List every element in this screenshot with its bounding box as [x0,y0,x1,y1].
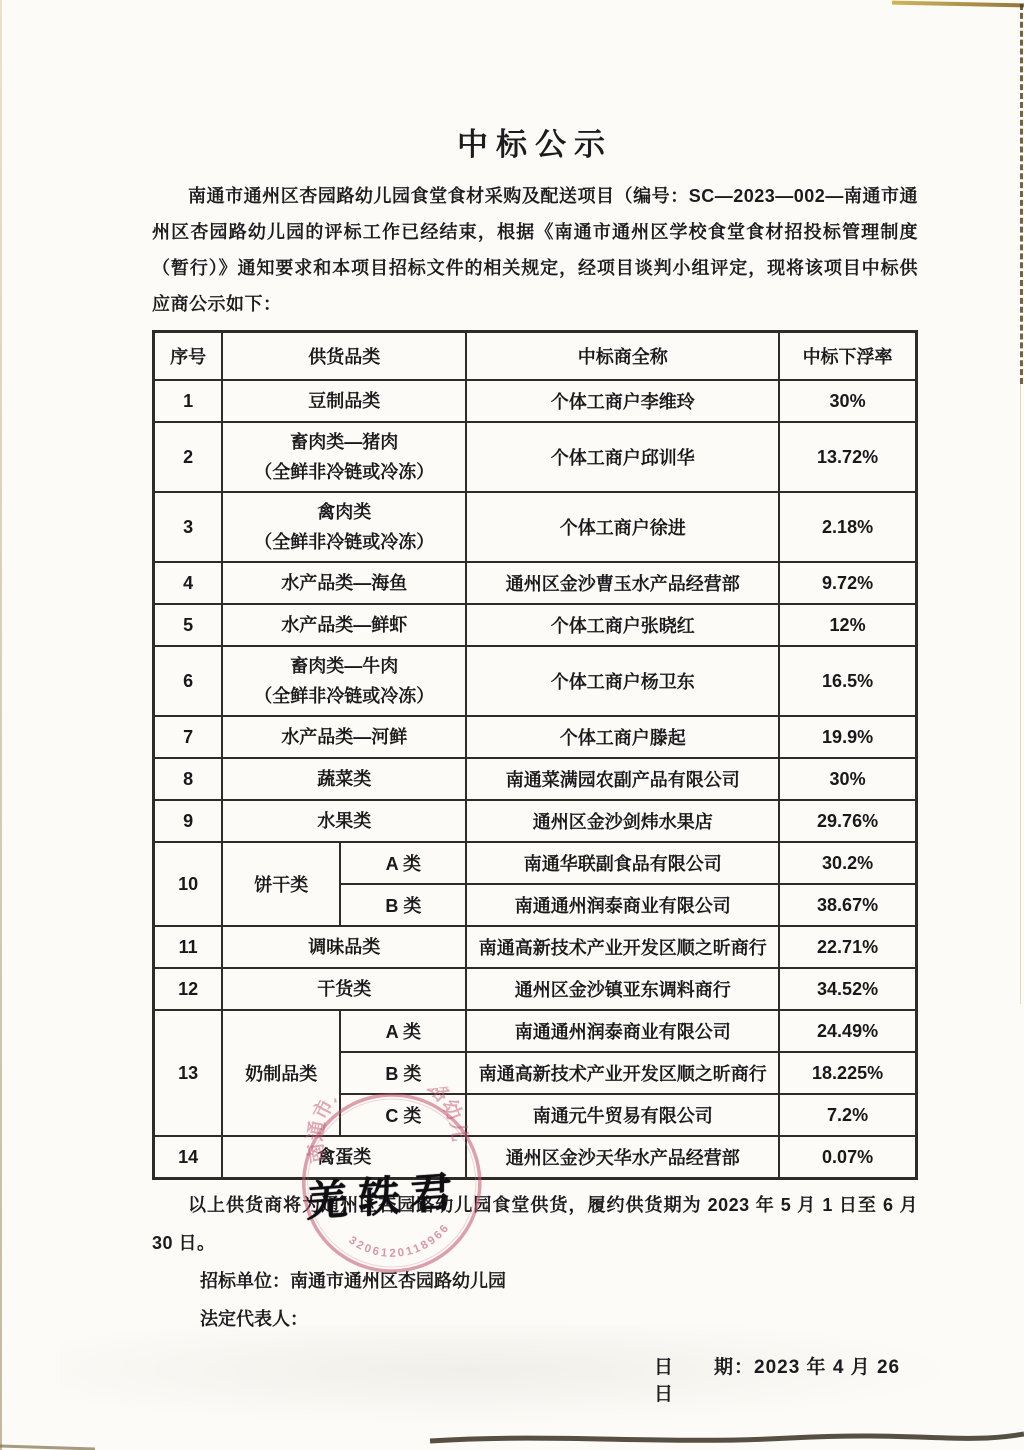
cell-subcategory: B 类 [340,884,466,926]
cell-rate: 19.9% [779,716,916,758]
cell-bidder: 个体工商户李维玲 [466,380,779,422]
cell-bidder: 个体工商户杨卫东 [466,646,779,716]
cell-bidder: 南通通州润泰商业有限公司 [466,884,779,926]
cell-no: 1 [154,380,223,422]
cell-category: 水产品类—鲜虾 [222,604,466,646]
cell-rate: 38.67% [779,884,916,926]
cell-bidder: 南通高新技术产业开发区顺之昕商行 [466,1052,779,1094]
cell-bidder: 个体工商户邱训华 [466,422,779,492]
cell-rate: 16.5% [779,646,916,716]
cell-bidder: 南通通州润泰商业有限公司 [466,1010,779,1052]
cell-bidder: 通州区金沙曹玉水产品经营部 [466,562,779,604]
cell-subcategory: A 类 [340,842,466,884]
cell-category: 调味品类 [222,926,466,968]
cell-category: 畜肉类—牛肉 （全鲜非冷链或冷冻） [222,646,466,716]
award-table: 序号 供货品类 中标商全称 中标下浮率 1 豆制品类 个体工商户李维玲 30% … [152,330,918,1180]
cell-bidder: 个体工商户滕起 [466,716,779,758]
scan-edge-bottom [0,1425,1024,1450]
table-row: 13 奶制品类 A 类 南通通州润泰商业有限公司 24.49% [154,1010,917,1052]
cell-rate: 34.52% [779,968,916,1010]
cell-rate: 12% [779,604,916,646]
table-row: 10 饼干类 A 类 南通华联副食品有限公司 30.2% [154,842,917,884]
tender-unit-line: 招标单位：南通市通州区杏园路幼儿园 [152,1262,918,1300]
cell-no: 14 [154,1136,223,1179]
table-row: 9 水果类 通州区金沙剑炜水果店 29.76% [154,800,917,842]
cell-category: 水产品类—河鲜 [222,716,466,758]
col-header-rate: 中标下浮率 [779,332,916,381]
cell-category: 畜肉类—猪肉 （全鲜非冷链或冷冻） [222,422,466,492]
cell-category: 蔬菜类 [222,758,466,800]
cell-subcategory: A 类 [340,1010,466,1052]
table-header-row: 序号 供货品类 中标商全称 中标下浮率 [154,332,917,381]
cell-category: 干货类 [222,968,466,1010]
cell-subcategory: B 类 [340,1052,466,1094]
col-header-category: 供货品类 [222,332,466,381]
scan-edge-left [0,0,2,1450]
table-row: 8 蔬菜类 南通菜满园农副产品有限公司 30% [154,758,917,800]
cell-no: 13 [154,1010,223,1136]
cell-subcategory: C 类 [340,1094,466,1136]
cell-rate: 29.76% [779,800,916,842]
table-row: 14 禽蛋类 通州区金沙天华水产品经营部 0.07% [154,1136,917,1179]
cell-rate: 2.18% [779,492,916,562]
cell-category: 奶制品类 [222,1010,340,1136]
cell-rate: 22.71% [779,926,916,968]
cell-category: 禽肉类 （全鲜非冷链或冷冻） [222,492,466,562]
cell-no: 2 [154,422,223,492]
table-row: 11 调味品类 南通高新技术产业开发区顺之昕商行 22.71% [154,926,917,968]
cell-no: 10 [154,842,223,926]
cell-no: 3 [154,492,223,562]
cell-bidder: 通州区金沙剑炜水果店 [466,800,779,842]
cell-no: 4 [154,562,223,604]
cell-category: 水果类 [222,800,466,842]
cell-rate: 24.49% [779,1010,916,1052]
cell-rate: 7.2% [779,1094,916,1136]
cell-rate: 0.07% [779,1136,916,1179]
cell-category: 豆制品类 [222,380,466,422]
cell-category: 饼干类 [222,842,340,926]
legal-rep-signature: 羌轶君 [306,1158,462,1229]
col-header-bidder: 中标商全称 [466,332,779,381]
legal-rep-line: 法定代表人： [152,1300,918,1338]
cell-category: 水产品类—海鱼 [222,562,466,604]
cell-bidder: 个体工商户张晓红 [466,604,779,646]
document-page: 中标公示 南通市通州区杏园路幼儿园食堂食材采购及配送项目（编号：SC—2023—… [152,0,918,1406]
intro-paragraph: 南通市通州区杏园路幼儿园食堂食材采购及配送项目（编号：SC—2023—002—南… [152,178,918,322]
scan-edge-right [1020,4,1023,384]
cell-no: 12 [154,968,223,1010]
cell-bidder: 通州区金沙镇亚东调料商行 [466,968,779,1010]
table-row: 7 水产品类—河鲜 个体工商户滕起 19.9% [154,716,917,758]
cell-no: 9 [154,800,223,842]
scan-edge-right-faint [1020,384,1021,1004]
table-row: 12 干货类 通州区金沙镇亚东调料商行 34.52% [154,968,917,1010]
page-title: 中标公示 [152,124,918,166]
cell-rate: 30.2% [779,842,916,884]
date-line: 日 期：2023 年 4 月 26 日 [654,1352,918,1406]
cell-bidder: 南通菜满园农副产品有限公司 [466,758,779,800]
cell-rate: 9.72% [779,562,916,604]
cell-bidder: 个体工商户徐进 [466,492,779,562]
cell-rate: 30% [779,380,916,422]
cell-no: 5 [154,604,223,646]
cell-no: 7 [154,716,223,758]
cell-rate: 30% [779,758,916,800]
table-row: 4 水产品类—海鱼 通州区金沙曹玉水产品经营部 9.72% [154,562,917,604]
cell-rate: 18.225% [779,1052,916,1094]
cell-no: 11 [154,926,223,968]
closing-paragraph: 以上供货商将为通州区杏园路幼儿园食堂供货，履约供货期为 2023 年 5 月 1… [152,1186,918,1262]
cell-bidder: 通州区金沙天华水产品经营部 [466,1136,779,1179]
table-row: 1 豆制品类 个体工商户李维玲 30% [154,380,917,422]
cell-bidder: 南通华联副食品有限公司 [466,842,779,884]
cell-no: 8 [154,758,223,800]
col-header-no: 序号 [154,332,223,381]
cell-bidder: 南通高新技术产业开发区顺之昕商行 [466,926,779,968]
cell-rate: 13.72% [779,422,916,492]
table-row: 5 水产品类—鲜虾 个体工商户张晓红 12% [154,604,917,646]
table-row: 2 畜肉类—猪肉 （全鲜非冷链或冷冻） 个体工商户邱训华 13.72% [154,422,917,492]
cell-no: 6 [154,646,223,716]
table-row: 6 畜肉类—牛肉 （全鲜非冷链或冷冻） 个体工商户杨卫东 16.5% [154,646,917,716]
cell-bidder: 南通元牛贸易有限公司 [466,1094,779,1136]
table-row: 3 禽肉类 （全鲜非冷链或冷冻） 个体工商户徐进 2.18% [154,492,917,562]
